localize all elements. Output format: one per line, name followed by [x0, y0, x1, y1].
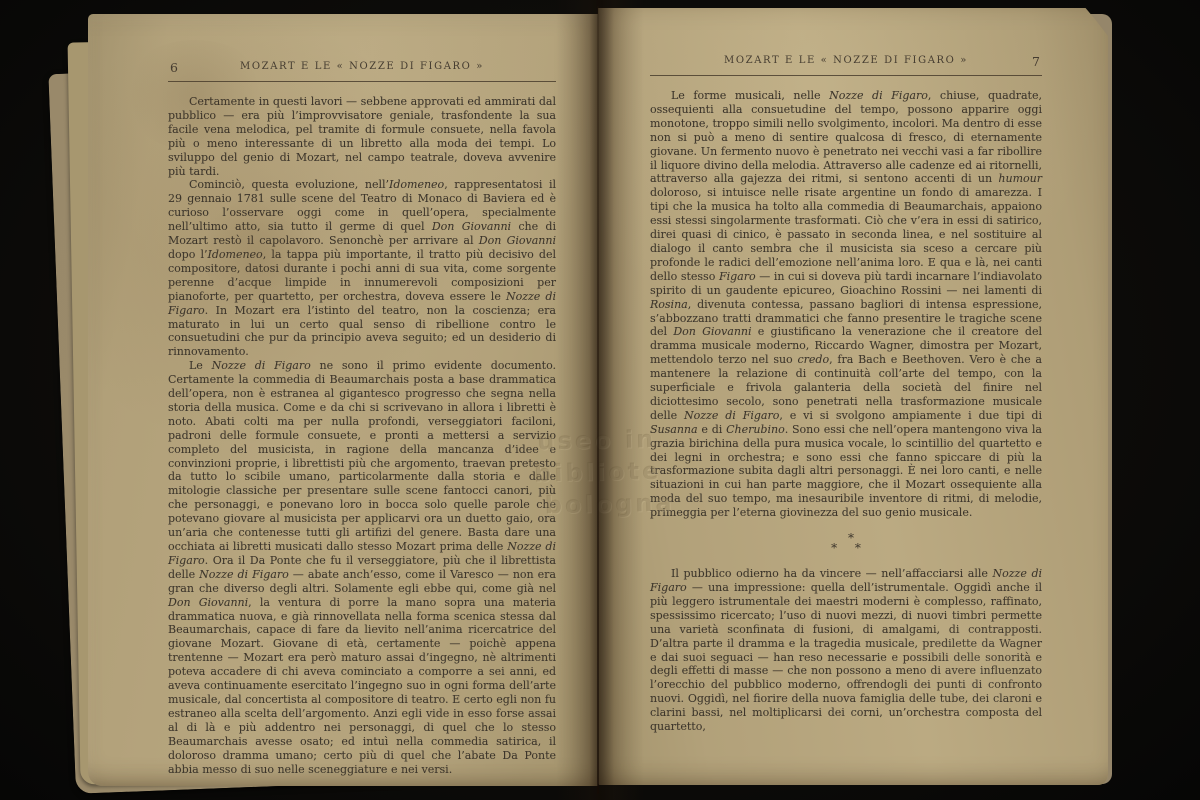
left-page-number: 6	[170, 60, 178, 75]
book-page-left: 6 MOZART E LE « NOZZE DI FIGARO » Certam…	[88, 14, 598, 786]
left-running-title: MOZART E LE « NOZZE DI FIGARO »	[240, 61, 484, 72]
book-page-right: MOZART E LE « NOZZE DI FIGARO » 7 Le for…	[598, 8, 1108, 785]
paragraph: Le forme musicali, nelle Nozze di Figaro…	[650, 89, 1042, 520]
right-page-content: MOZART E LE « NOZZE DI FIGARO » 7 Le for…	[598, 8, 1108, 785]
asterism-bottom-asterisks: * *	[657, 542, 1042, 554]
asterism-ornament: * * *	[650, 534, 1042, 554]
paragraph: Le Nozze di Figaro ne sono il primo evid…	[168, 359, 556, 776]
paragraph: Cominciò, questa evoluzione, nell’Idomen…	[168, 178, 556, 359]
paragraph: Certamente in questi lavori — sebbene ap…	[168, 95, 556, 178]
left-page-content: 6 MOZART E LE « NOZZE DI FIGARO » Certam…	[88, 14, 598, 786]
right-running-header: MOZART E LE « NOZZE DI FIGARO » 7	[650, 54, 1042, 76]
right-running-title: MOZART E LE « NOZZE DI FIGARO »	[724, 55, 968, 66]
right-page-number: 7	[1032, 54, 1040, 69]
right-page-body-top: Le forme musicali, nelle Nozze di Figaro…	[650, 89, 1042, 520]
paragraph: Il pubblico odierno ha da vincere — nell…	[650, 567, 1042, 734]
left-running-header: 6 MOZART E LE « NOZZE DI FIGARO »	[168, 60, 556, 82]
left-page-body: Certamente in questi lavori — sebbene ap…	[168, 95, 556, 776]
right-page-body-bottom: Il pubblico odierno ha da vincere — nell…	[650, 567, 1042, 734]
photo-background: 6 MOZART E LE « NOZZE DI FIGARO » Certam…	[0, 0, 1200, 800]
